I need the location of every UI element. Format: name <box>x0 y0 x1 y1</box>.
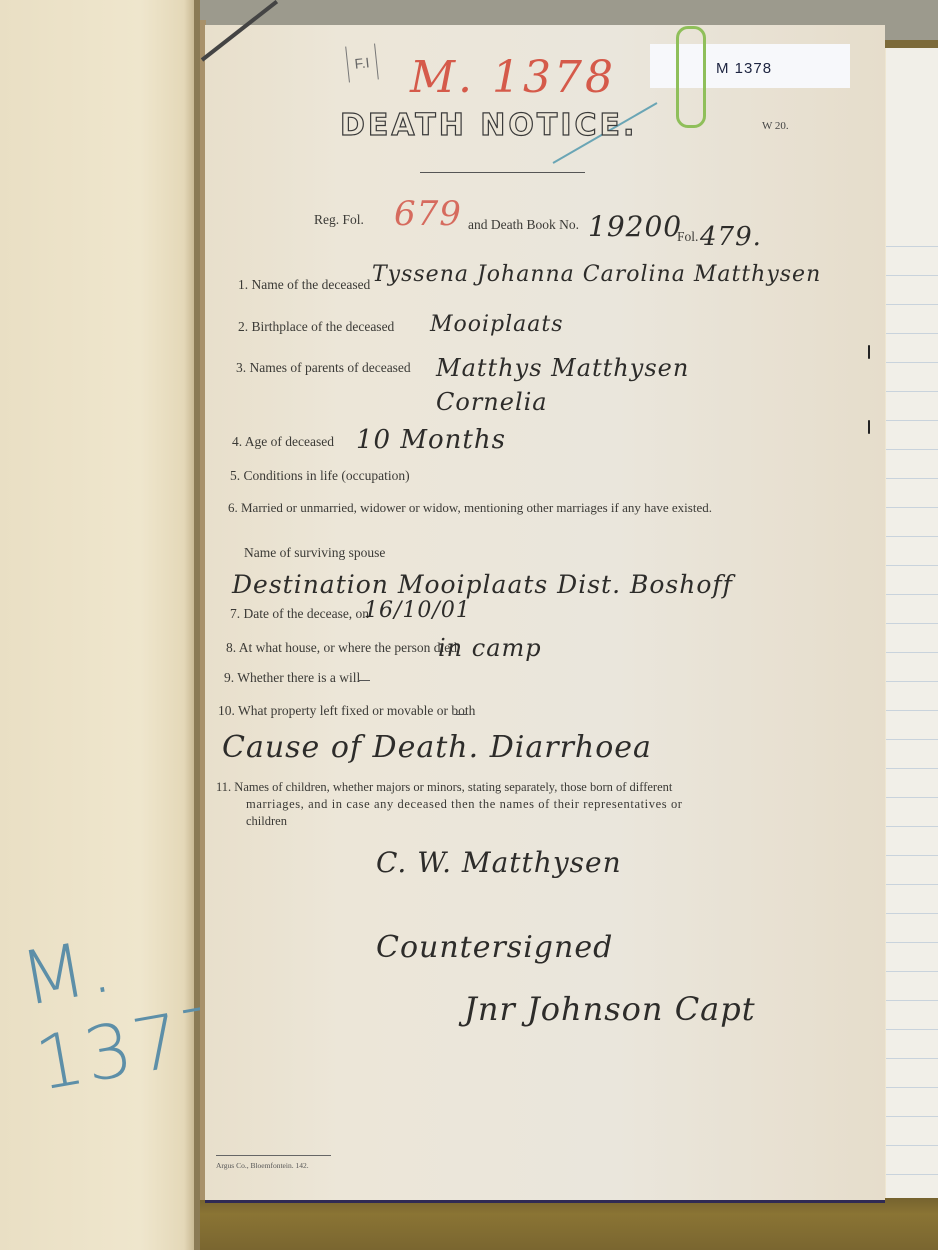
ruled-paper <box>882 218 938 1198</box>
field-11-label: 11. Names of children, whether majors or… <box>216 780 672 795</box>
red-reference-number: M. 1378 <box>410 52 616 103</box>
field-11-label-3: children <box>246 814 287 829</box>
signature: C. W. Matthysen <box>376 846 622 879</box>
spouse-label: Name of surviving spouse <box>244 545 385 561</box>
paperclip-icon <box>676 26 706 128</box>
field-10-label: 10. What property left fixed or movable … <box>218 703 475 719</box>
field-7-value: 16/10/01 <box>364 598 471 623</box>
field-3-value-2: Cornelia <box>436 388 548 416</box>
field-2-label: 2. Birthplace of the deceased <box>238 319 394 335</box>
spouse-value: Destination Mooiplaats Dist. Boshoff <box>232 570 733 599</box>
field-9-label: 9. Whether there is a will <box>224 670 360 686</box>
countersign-label: Countersigned <box>376 930 613 965</box>
cause-of-death: Cause of Death. Diarrhoea <box>222 730 652 765</box>
field-3-label: 3. Names of parents of deceased <box>236 360 411 376</box>
field-6-label: 6. Married or unmarried, widower or wido… <box>228 500 712 516</box>
reg-fol-label: Reg. Fol. <box>314 212 364 228</box>
form-code: W 20. <box>762 120 789 132</box>
margin-mark <box>868 420 870 434</box>
field-10-dash <box>454 714 466 715</box>
title-underline <box>420 172 585 173</box>
field-9-dash <box>358 680 370 681</box>
footer-rule <box>216 1155 331 1156</box>
fol-value: 479. <box>700 222 762 252</box>
field-1-label: 1. Name of the deceased <box>238 277 370 293</box>
page-title: DEATH NOTICE. <box>340 108 637 143</box>
field-4-value: 10 Months <box>356 425 506 455</box>
field-7-label: 7. Date of the decease, on <box>230 606 369 622</box>
archive-tag-label: M 1378 <box>716 60 772 77</box>
reg-fol-value: 679 <box>394 194 462 234</box>
field-4-label: 4. Age of deceased <box>232 434 334 450</box>
fi-stamp: F.I <box>345 44 379 83</box>
left-page: M. 1377 <box>0 0 200 1250</box>
fol-label: Fol. <box>677 229 698 245</box>
countersign-name: Jnr Johnson Capt <box>464 990 756 1028</box>
printer-imprint: Argus Co., Bloemfontein. 142. <box>216 1161 309 1170</box>
death-book-value: 19200 <box>588 210 682 243</box>
field-1-value: Tyssena Johanna Carolina Matthysen <box>372 262 821 287</box>
field-11-label-2: marriages, and in case any deceased then… <box>246 797 683 812</box>
field-5-label: 5. Conditions in life (occupation) <box>230 468 410 484</box>
margin-mark <box>868 345 870 359</box>
death-book-label: and Death Book No. <box>468 217 579 233</box>
field-8-value: in camp <box>438 634 542 662</box>
field-3-value: Matthys Matthysen <box>436 354 689 382</box>
field-2-value: Mooiplaats <box>430 312 564 337</box>
field-8-label: 8. At what house, or where the person di… <box>226 640 457 656</box>
